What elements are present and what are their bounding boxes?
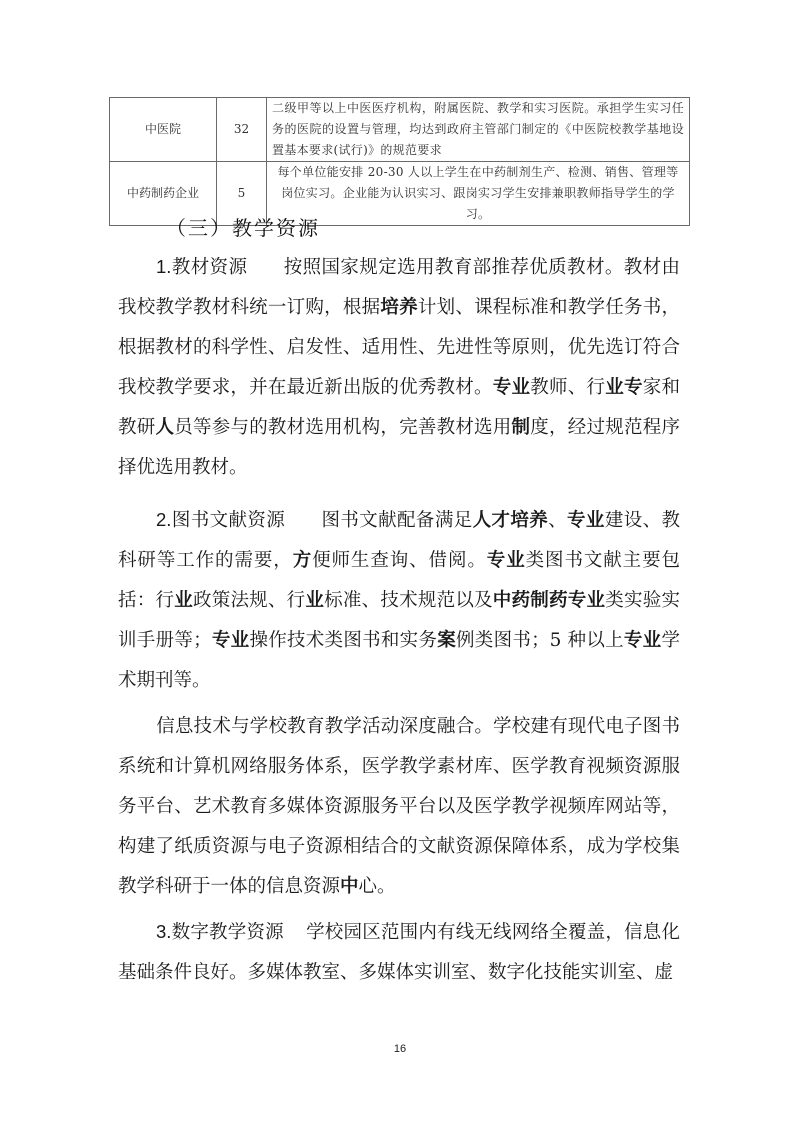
text-run: 员等参与的教材选用机构，完善教材选用 xyxy=(174,417,511,438)
page-number: 16 xyxy=(0,1043,800,1055)
bold-run: 专业 xyxy=(624,630,662,651)
bold-run: 专业 xyxy=(493,377,530,398)
paragraph-information-technology: 信息技术与学校教育教学活动深度融合。学校建有现代电子图书系统和计算机网络服务体系… xyxy=(118,707,680,907)
text-run: 信息技术与学校教育教学活动深度融合。学校建有现代电子图书系统和计算机网络服务体系… xyxy=(118,716,680,897)
table-row: 中医院 32 二级甲等以上中医医疗机构，附属医院、教学和实习医院。承担学生实习任… xyxy=(110,98,690,162)
practice-base-table: 中医院 32 二级甲等以上中医医疗机构，附属医院、教学和实习医院。承担学生实习任… xyxy=(109,97,690,226)
paragraph-digital-resources: 3.数字教学资源学校园区范围内有线无线网络全覆盖，信息化基础条件良好。多媒体教室… xyxy=(118,912,680,993)
bold-run: 人才培养 xyxy=(473,510,549,531)
text-run: 标准、技术规范以及 xyxy=(324,590,493,611)
text-run: 例类图书；5 种以上 xyxy=(456,630,624,651)
paragraph-textbook-resources: 1.教材资源按照国家规定选用教育部推荐优质教材。教材由我校教学教材科统一订购，根… xyxy=(118,247,680,488)
bold-run: 案 xyxy=(437,630,456,651)
text-run: 操作技术类图书和实务 xyxy=(249,630,437,651)
text-run: 图书文献配备满足 xyxy=(321,510,472,531)
section-heading: （三）教学资源 xyxy=(166,212,320,241)
bold-run: 业专 xyxy=(605,377,642,398)
text-run: 、 xyxy=(548,510,567,531)
base-description-cell: 每个单位能安排 20-30 人以上学生在中药制剂生产、检测、销售、管理等岗位实习… xyxy=(267,162,690,226)
paragraph-lead: 1.教材资源 xyxy=(156,256,247,277)
bold-run: 人 xyxy=(155,417,174,438)
bold-run: 专业 xyxy=(212,630,250,651)
bold-run: 培养 xyxy=(380,297,417,318)
bold-run: 业 xyxy=(174,590,193,611)
text-run: 教师、行 xyxy=(530,377,605,398)
text-run: 心。 xyxy=(359,876,396,897)
bold-run: 中药制药专业 xyxy=(493,590,605,611)
bold-run: 中 xyxy=(340,876,359,897)
bold-run: 专业 xyxy=(567,510,605,531)
document-page: 中医院 32 二级甲等以上中医医疗机构，附属医院、教学和实习医院。承担学生实习任… xyxy=(0,0,800,1131)
bold-run: 方 xyxy=(293,550,312,571)
base-type-cell: 中医院 xyxy=(110,98,217,162)
paragraph-lead: 2.图书文献资源 xyxy=(156,509,285,530)
bold-run: 制 xyxy=(512,417,531,438)
paragraph-library-resources: 2.图书文献资源图书文献配备满足人才培养、专业建设、教科研等工作的需要，方便师生… xyxy=(118,500,680,701)
base-count-cell: 32 xyxy=(217,98,267,162)
paragraph-lead: 3.数字教学资源 xyxy=(156,921,284,942)
text-run: 便师生查询、借阅。 xyxy=(312,550,487,571)
base-description-cell: 二级甲等以上中医医疗机构，附属医院、教学和实习医院。承担学生实习任务的医院的设置… xyxy=(267,98,690,162)
bold-run: 业 xyxy=(305,590,324,611)
bold-run: 专业 xyxy=(487,550,526,571)
text-run: 政策法规、行 xyxy=(193,590,305,611)
